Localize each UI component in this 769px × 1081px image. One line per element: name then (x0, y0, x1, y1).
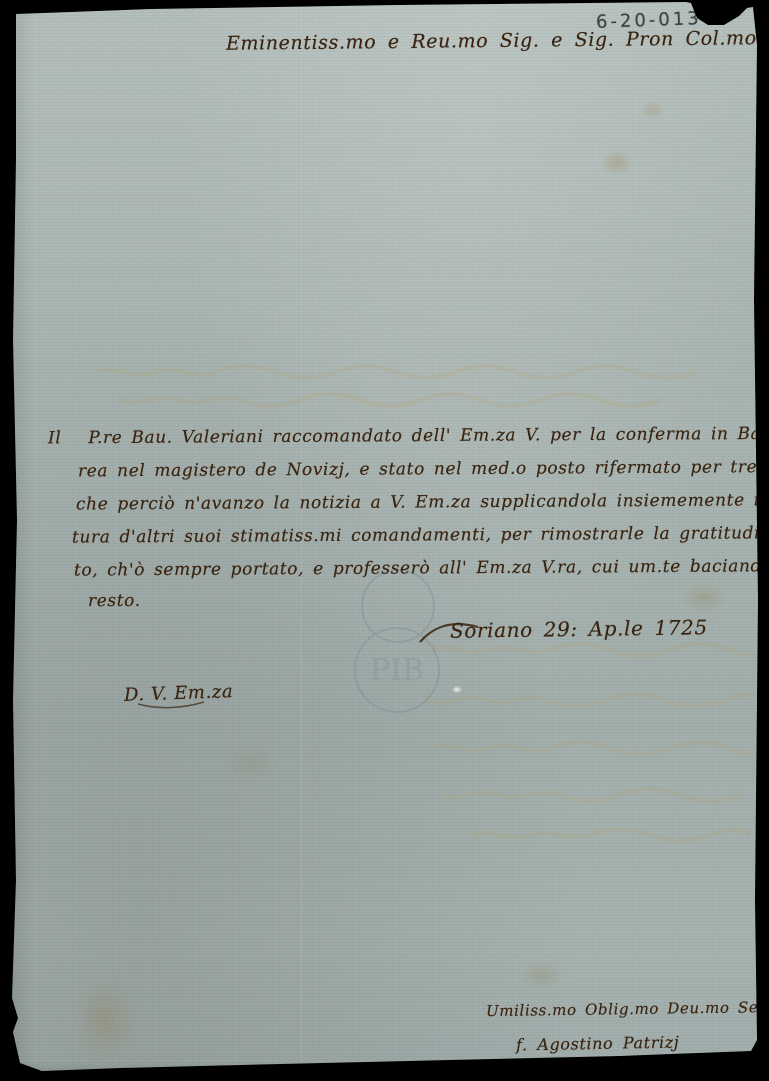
stain (220, 740, 280, 784)
stain (640, 100, 666, 120)
body-line: to, ch'ò sempre portato, e professerò al… (74, 555, 769, 580)
stain (600, 150, 634, 176)
body-line: Il P.re Bau. Valeriani raccomandato dell… (48, 424, 769, 449)
stain (520, 960, 564, 990)
scan-background: { "document": { "archival_number": "6-20… (0, 0, 769, 1081)
closing-courtesy-line: Umiliss.mo Oblig.mo Deu.mo Servo (486, 998, 769, 1020)
body-line: rea nel magistero de Novizj, e stato nel… (78, 457, 769, 482)
stain (680, 580, 728, 616)
paper-fleck (452, 686, 462, 693)
body-line: resto. (88, 591, 141, 611)
closing-abbreviation: D. V. Em.za (124, 681, 234, 706)
watermark-letters: PIB (370, 653, 424, 688)
papermaker-watermark-icon: PIB (355, 570, 439, 712)
body-line: tura d'altri suoi stimatiss.mi comandame… (72, 522, 769, 547)
signature: f. Agostino Patrizj (516, 1033, 680, 1055)
stain (70, 975, 140, 1065)
dateline: Soriano 29: Ap.le 1725 (450, 615, 708, 643)
body-line: che perciò n'avanzo la notizia a V. Em.z… (76, 489, 769, 514)
salutation-line: Eminentiss.mo e Reu.mo Sig. e Sig. Pron … (226, 27, 757, 55)
manuscript-page: PIB 6-20-013 Eminentiss.mo e Reu.mo Sig.… (0, 0, 769, 1081)
